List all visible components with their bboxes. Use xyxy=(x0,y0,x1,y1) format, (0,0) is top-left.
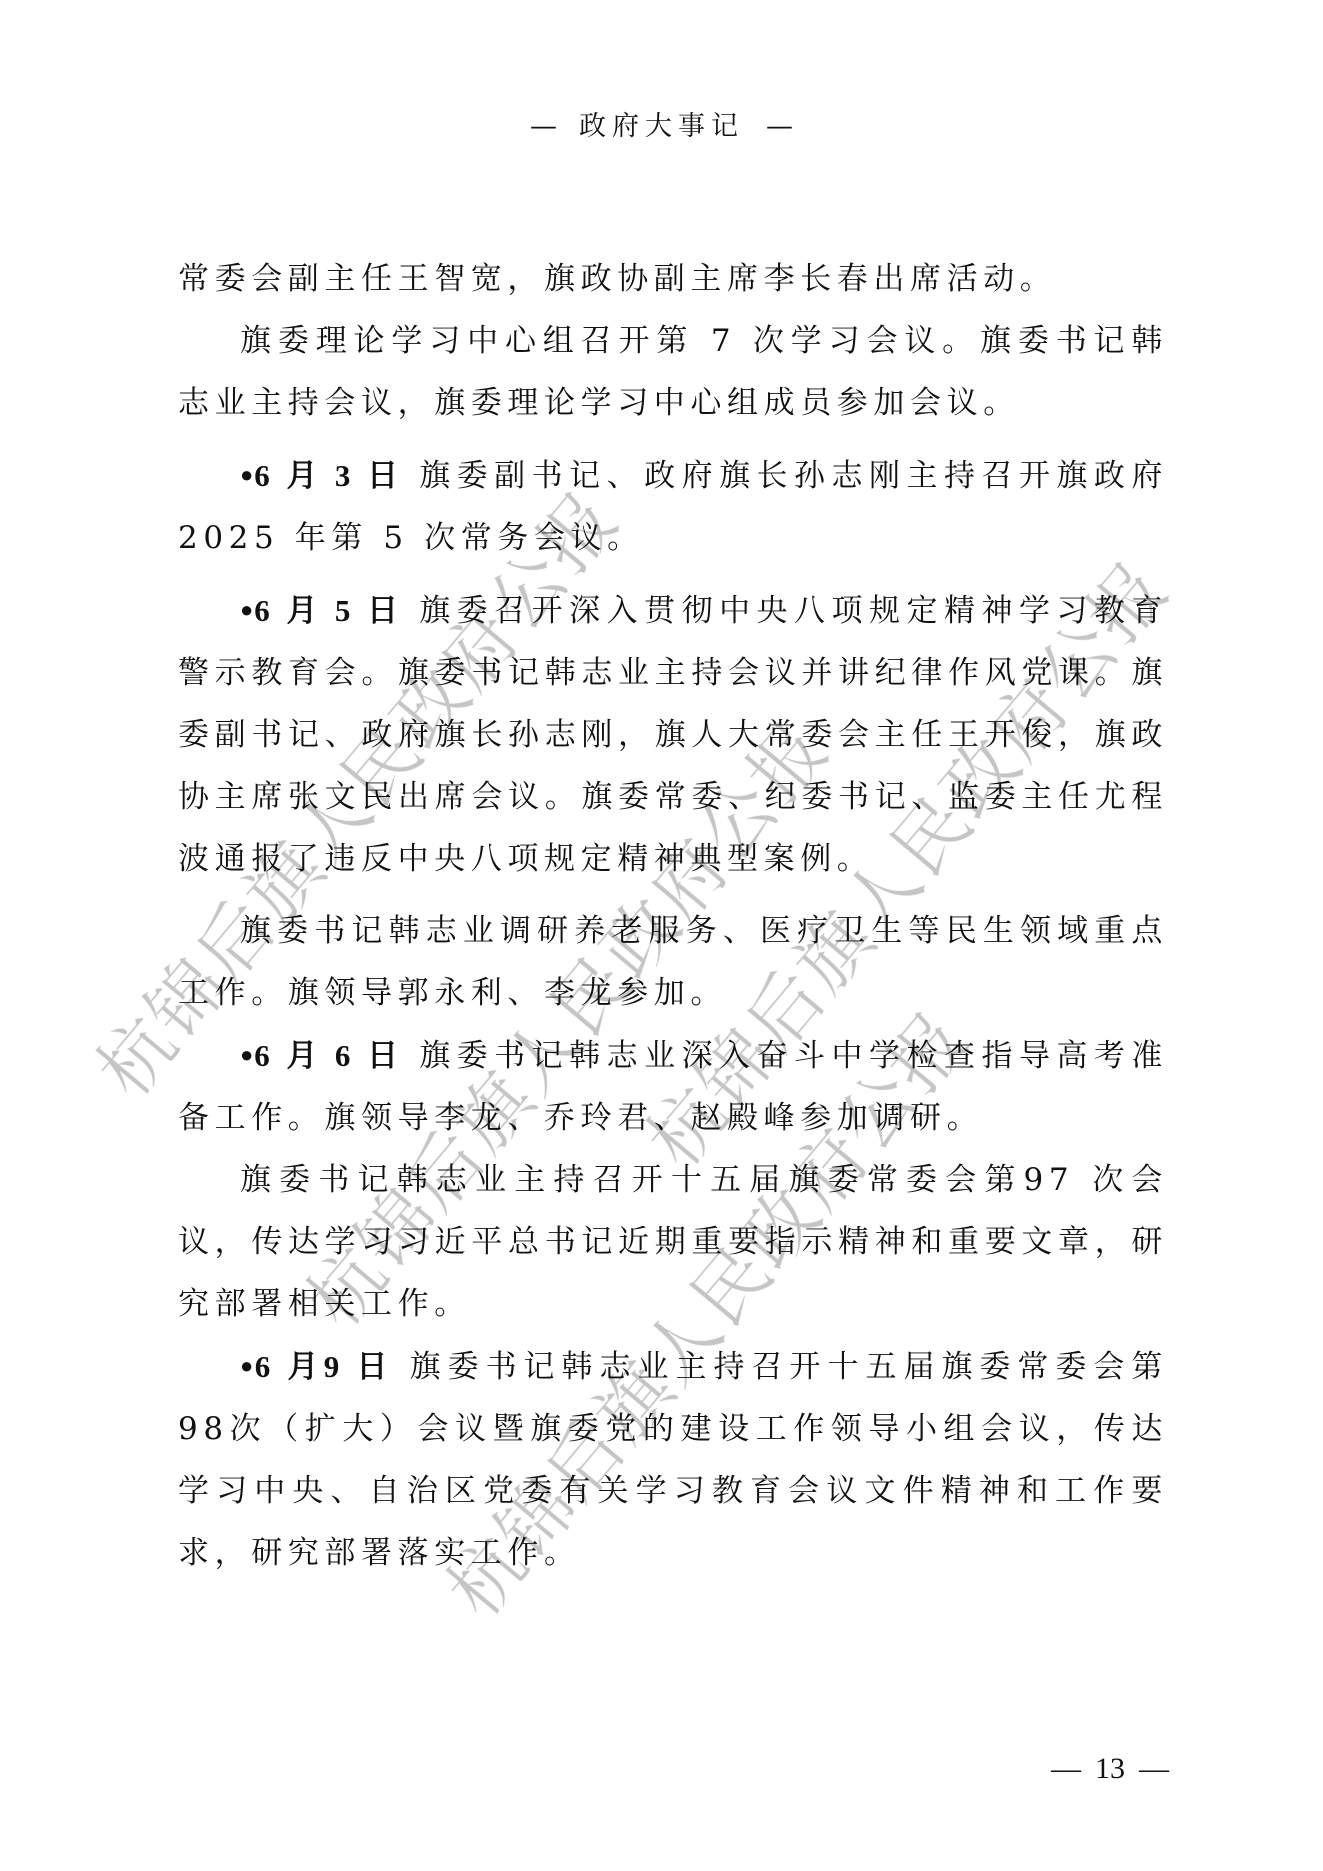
date-marker: ●6 月 3 日 xyxy=(240,458,403,493)
document-page: —政府大事记— 杭锦后旗人民政府公报 杭锦后旗人民政府公报 杭锦后旗人民政府公报… xyxy=(0,0,1323,1871)
paragraph: ●6 月 5 日 旗委召开深入贯彻中央八项规定精神学习教育警示教育会。旗委书记韩… xyxy=(178,579,1168,890)
bullet-icon: ● xyxy=(240,462,254,487)
paragraph: 常委会副主任王智宽，旗政协副主席李长春出席活动。 xyxy=(178,248,1168,310)
date-marker: ●6 月 5 日 xyxy=(240,593,403,628)
paragraph: 旗委书记韩志业调研养老服务、医疗卫生等民生领域重点工作。旗领导郭永利、李龙参加。 xyxy=(178,900,1168,1024)
date-marker: ●6 月9 日 xyxy=(240,1349,393,1384)
date-label: 6 月 3 日 xyxy=(254,458,403,493)
paragraph-text: 旗委召开深入贯彻中央八项规定精神学习教育警示教育会。旗委书记韩志业主持会议并讲纪… xyxy=(178,593,1168,877)
date-label: 6 月 5 日 xyxy=(254,593,403,628)
running-header: —政府大事记— xyxy=(0,104,1323,143)
paragraph: 旗委书记韩志业主持召开十五届旗委常委会第97 次会议，传达学习习近平总书记近期重… xyxy=(178,1149,1168,1335)
paragraph-text: 常委会副主任王智宽，旗政协副主席李长春出席活动。 xyxy=(178,261,1056,297)
paragraph: ●6 月9 日 旗委书记韩志业主持召开十五届旗委常委会第98次（扩大）会议暨旗委… xyxy=(178,1335,1168,1584)
paragraph-text: 旗委书记韩志业调研养老服务、医疗卫生等民生领域重点工作。旗领导郭永利、李龙参加。 xyxy=(178,913,1168,1011)
paragraph-text: 旗委书记韩志业主持召开十五届旗委常委会第97 次会议，传达学习习近平总书记近期重… xyxy=(178,1162,1168,1322)
bullet-icon: ● xyxy=(240,1042,254,1067)
date-label: 6 月 6 日 xyxy=(254,1038,403,1073)
section-title: 政府大事记 xyxy=(579,111,744,142)
paragraph-text: 旗委理论学习中心组召开第 7 次学习会议。旗委书记韩志业主持会议，旗委理论学习中… xyxy=(178,323,1168,421)
page-dash-right: — xyxy=(1139,1752,1169,1786)
header-dash-left: — xyxy=(530,111,557,142)
date-label: 6 月9 日 xyxy=(255,1349,393,1384)
paragraph: 旗委理论学习中心组召开第 7 次学习会议。旗委书记韩志业主持会议，旗委理论学习中… xyxy=(178,310,1168,434)
bullet-icon: ● xyxy=(240,1353,255,1378)
bullet-icon: ● xyxy=(240,597,254,622)
paragraph: ●6 月 3 日 旗委副书记、政府旗长孙志刚主持召开旗政府2025 年第 5 次… xyxy=(178,444,1168,569)
document-body: 常委会副主任王智宽，旗政协副主席李长春出席活动。 旗委理论学习中心组召开第 7 … xyxy=(178,248,1168,1584)
page-number-value: 13 xyxy=(1095,1752,1125,1785)
date-marker: ●6 月 6 日 xyxy=(240,1038,403,1073)
page-number: —13— xyxy=(1020,1752,1200,1786)
page-dash-left: — xyxy=(1051,1752,1081,1786)
header-dash-right: — xyxy=(766,111,793,142)
paragraph: ●6 月 6 日 旗委书记韩志业深入奋斗中学检查指导高考准备工作。旗领导李龙、乔… xyxy=(178,1024,1168,1149)
